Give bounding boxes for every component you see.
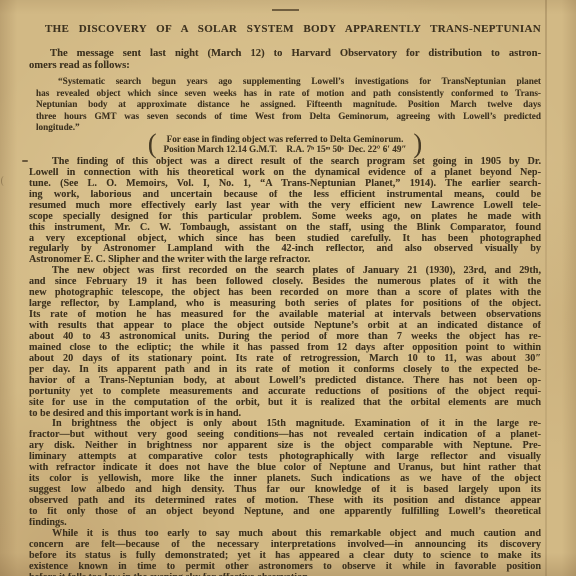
text-line: In brightness the object is only about 1… (29, 419, 541, 430)
open-paren-glyph: ( (148, 134, 157, 155)
text-line: observed path and its determined rates o… (29, 496, 541, 507)
text-line: longitude.” (36, 122, 541, 134)
text-line: Its rate of motion he has measured for t… (29, 310, 541, 321)
text-line: suggest low albedo and high density. Thu… (29, 485, 541, 496)
text-line: Astronomer E. C. Slipher and the writer … (29, 255, 541, 266)
text-line: While it is thus too early to say much a… (29, 529, 541, 540)
intro-paragraph: The message sent last night (March 12) t… (29, 48, 541, 72)
text-line: three hours GMT was seven seconds of tim… (36, 111, 541, 123)
text-line: large reflector, by Lampland, who is mea… (29, 299, 541, 310)
text-line: a very exceptional object, which since h… (29, 234, 541, 245)
close-paren-glyph: ) (414, 134, 423, 155)
text-line: mained close to the ecliptic; the while … (29, 343, 541, 354)
text-line: ing work, laborious and uncertain becaus… (29, 190, 541, 201)
body-text: The finding of this object was a direct … (29, 157, 541, 576)
document-page: THE DISCOVERY OF A SOLAR SYSTEM BODY APP… (0, 0, 576, 576)
paragraph-4: While it is thus too early to say much a… (29, 529, 541, 576)
text-line: portunity yet to complete measurements a… (29, 387, 541, 398)
top-rule (272, 9, 299, 11)
paragraph-1: The finding of this object was a direct … (29, 157, 541, 266)
position-note-lines: For ease in finding object was referred … (163, 134, 406, 155)
text-line: Lowell in connection with his theoretica… (29, 168, 541, 179)
ink-speck (22, 160, 28, 162)
document-title: THE DISCOVERY OF A SOLAR SYSTEM BODY APP… (45, 23, 541, 36)
paragraph-3: In brightness the object is only about 1… (29, 419, 541, 528)
text-line: this instrument, Mr. C. W. Tombaugh, ass… (29, 223, 541, 234)
text-line: its color is yellowish, more like the in… (29, 474, 541, 485)
paragraph-2: The new object was first recorded on the… (29, 266, 541, 419)
text-line: before its status is fully demonstrated;… (29, 551, 541, 562)
text-line: resumed much more effectively early last… (29, 201, 541, 212)
text-line: with results that appear to place the ob… (29, 321, 541, 332)
text-line: omers read as follows: (29, 60, 541, 72)
text-line: For ease in finding object was referred … (163, 134, 406, 145)
text-line: to be desired and this important work is… (29, 409, 541, 420)
text-line: The message sent last night (March 12) t… (29, 48, 541, 60)
text-line: existence known in time to permit other … (29, 562, 541, 573)
text-line: liminary attempts at comparative color t… (29, 452, 541, 463)
text-line: with refractor indicate it does not have… (29, 463, 541, 474)
margin-mark (1, 176, 7, 186)
text-line: and since February 19 it has been follow… (29, 277, 541, 288)
text-line: tune. (See L. O. Memoirs, Vol. I, No. 1,… (29, 179, 541, 190)
text-line: to fit only those of an object beyond Ne… (29, 507, 541, 518)
text-line: fractor—but without very good seeing con… (29, 430, 541, 441)
position-note: ( For ease in finding object was referre… (29, 134, 541, 155)
text-line: new photographic telescope, the object h… (29, 288, 541, 299)
text-line: about 40 to 43 astronomical units. Durin… (29, 332, 541, 343)
text-line: site for use in the computation of the o… (29, 398, 541, 409)
text-line: The new object was first recorded on the… (29, 266, 541, 277)
text-line: Position March 12.14 G.M.T. R.A. 7ʰ 15ᵐ … (163, 144, 406, 155)
text-line: havior of a Trans-Neptunian body, at abo… (29, 376, 541, 387)
text-line: about 20 days of its stationary point. I… (29, 354, 541, 365)
text-line: ary disk. Neither in brightness nor appa… (29, 441, 541, 452)
text-line: before it falls too low in the evening s… (29, 573, 541, 576)
text-line: has revealed object which since seven we… (36, 88, 541, 100)
text-line: “Systematic search begun years ago suppl… (36, 76, 541, 88)
text-line: concern are felt—because of the necessar… (29, 540, 541, 551)
text-line: per day. In its apparent path and in its… (29, 365, 541, 376)
text-line: The finding of this object was a direct … (29, 157, 541, 168)
text-line: regularly by Astronomer Lampland with th… (29, 244, 541, 255)
text-line: findings. (29, 518, 541, 529)
text-line: scope specially designed for this partic… (29, 212, 541, 223)
telegram-quote: “Systematic search begun years ago suppl… (36, 76, 541, 134)
text-line: Neptunian body at approximate distance h… (36, 99, 541, 111)
